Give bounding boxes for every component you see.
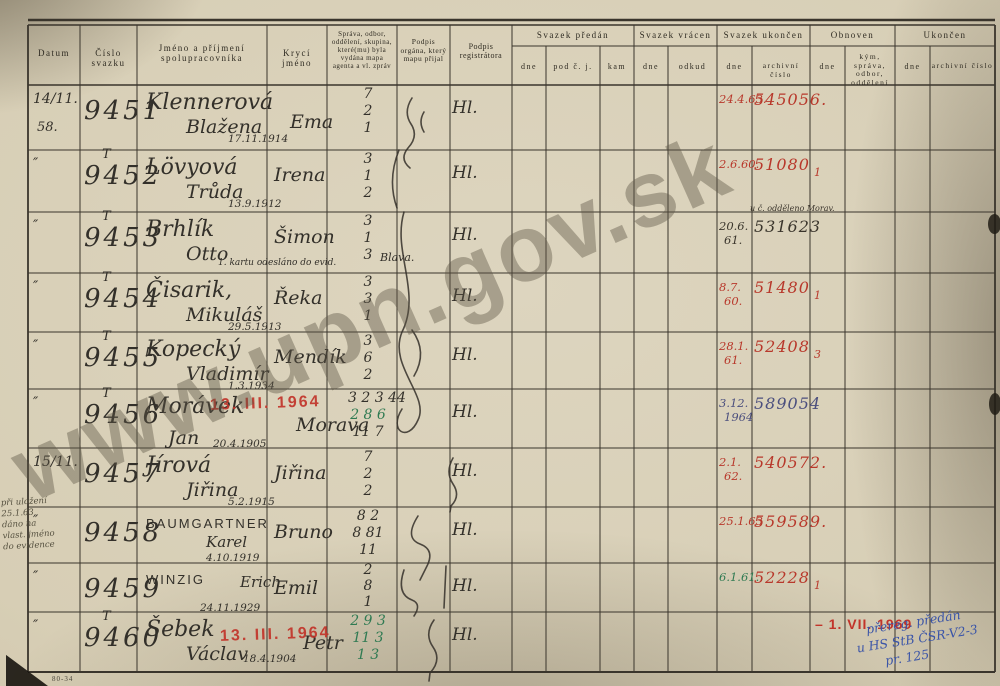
scan-artifact-blob xyxy=(988,214,1000,234)
signature-squiggle xyxy=(421,112,424,132)
scanned-registry-page: Datum Číslo svazku Jméno a příjmení spol… xyxy=(0,0,1000,686)
signature-squiggle xyxy=(401,570,417,616)
signature-squiggle xyxy=(444,566,446,608)
signature-squiggle xyxy=(412,330,421,376)
signatures-layer xyxy=(0,0,1000,686)
signature-squiggle xyxy=(404,98,414,168)
signature-squiggle xyxy=(411,516,429,580)
signature-squiggle xyxy=(449,458,457,512)
scan-artifact-blob xyxy=(989,393,1000,415)
signature-squiggle xyxy=(392,150,399,208)
signature-squiggle xyxy=(429,620,437,681)
signature-squiggle xyxy=(397,212,420,432)
